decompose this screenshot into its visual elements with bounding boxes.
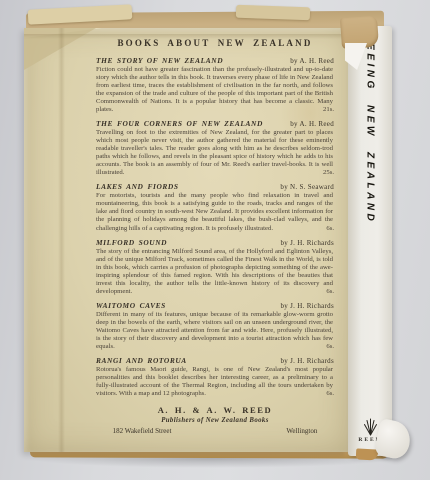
listing-price: 6s.: [326, 390, 334, 398]
book-listing: LAKES AND FIORDS by N. S. Seaward For mo…: [96, 182, 334, 232]
publisher-imprint: A. H. & A. W. REED Publishers of New Zea…: [96, 405, 334, 435]
listing-author: by A. H. Reed: [290, 120, 334, 128]
listing-description: Rotorua's famous Maori guide, Rangi, is …: [96, 366, 334, 398]
listing-price: 6s.: [326, 288, 334, 296]
listing-description: The story of the entrancing Milford Soun…: [96, 248, 334, 296]
publisher-street: 182 Wakefield Street: [113, 427, 172, 435]
spine-word: ZEALAND: [365, 152, 376, 224]
listing-price: 21s.: [323, 106, 334, 114]
listing-title: RANGI AND ROTORUA: [96, 356, 187, 365]
listing-author: by A. H. Reed: [290, 57, 334, 65]
listing-description: For motorists, tourists and the many peo…: [96, 192, 334, 232]
listing-price: 6s.: [326, 343, 334, 351]
book-jacket-photo: BOOKS ABOUT NEW ZEALAND THE STORY OF NEW…: [0, 0, 430, 480]
listing-author: by J. H. Richards: [280, 239, 334, 247]
book-spine: SEEING NEW ZEALAND REED: [348, 26, 392, 456]
publisher-address: 182 Wakefield Street Wellington: [113, 427, 318, 435]
jacket-crease-vertical: [58, 28, 65, 452]
listing-description: Fiction could not have greater fascinati…: [96, 66, 334, 114]
listing-price: 6s.: [326, 225, 334, 233]
back-cover: BOOKS ABOUT NEW ZEALAND THE STORY OF NEW…: [24, 28, 348, 452]
jacket-bottom-curl: [374, 418, 414, 461]
listing-author: by J. H. Richards: [280, 302, 334, 310]
book-listing: MILFORD SOUND by J. H. Richards The stor…: [96, 238, 334, 296]
listing-title: WAITOMO CAVES: [96, 301, 166, 310]
book-listing: THE FOUR CORNERS OF NEW ZEALAND by A. H.…: [96, 119, 334, 177]
publisher-name: A. H. & A. W. REED: [96, 405, 334, 415]
cover-text-block: BOOKS ABOUT NEW ZEALAND THE STORY OF NEW…: [96, 35, 334, 447]
listing-description: Different in many of its features, uniqu…: [96, 311, 334, 351]
listing-price: 25s.: [323, 169, 334, 177]
cover-heading: BOOKS ABOUT NEW ZEALAND: [96, 38, 334, 48]
publisher-tagline: Publishers of New Zealand Books: [96, 417, 334, 424]
listing-author: by J. H. Richards: [280, 357, 334, 365]
listing-title: THE FOUR CORNERS OF NEW ZEALAND: [96, 119, 263, 128]
listing-description: Travelling on foot to the extremities of…: [96, 129, 334, 177]
listing-author: by N. S. Seaward: [280, 183, 334, 191]
publisher-city: Wellington: [286, 427, 317, 435]
book-listing: WAITOMO CAVES by J. H. Richards Differen…: [96, 301, 334, 351]
book-listing: THE STORY OF NEW ZEALAND by A. H. Reed F…: [96, 56, 334, 114]
flax-plant-icon: [363, 417, 378, 436]
listing-title: LAKES AND FIORDS: [96, 182, 179, 191]
spine-word: NEW: [365, 105, 376, 139]
jacket-top-flap-right: [236, 5, 310, 21]
listing-title: MILFORD SOUND: [96, 238, 167, 247]
book-listing: RANGI AND ROTORUA by J. H. Richards Roto…: [96, 356, 334, 398]
listing-title: THE STORY OF NEW ZEALAND: [96, 56, 223, 65]
